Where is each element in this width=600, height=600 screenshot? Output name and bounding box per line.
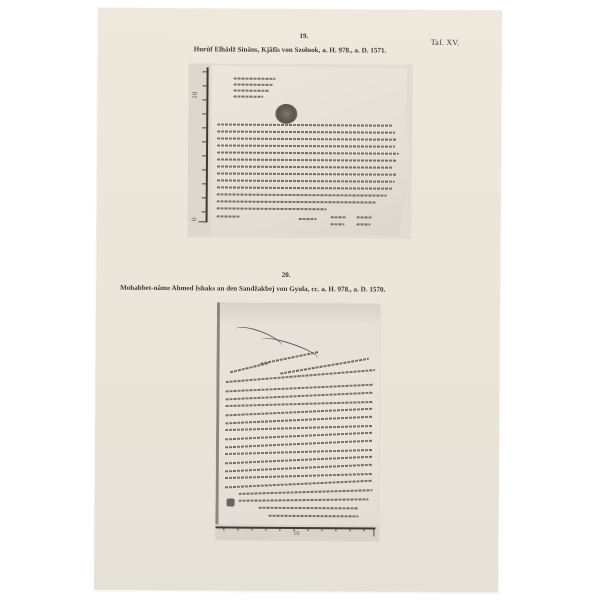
margin-mark — [227, 499, 235, 507]
figure-19-photo: 10 0 — [187, 63, 412, 239]
plate-label: Taf. XV. — [431, 38, 460, 47]
scanned-page-view: Taf. XV. 19. Hurûf Elhâdž Sinâns, Kjâfis… — [0, 0, 600, 600]
ruler-label-10: 10 — [293, 531, 299, 537]
seal-stamp — [275, 104, 297, 124]
figure-19-caption: Hurûf Elhâdž Sinâns, Kjâfis von Szolnok,… — [194, 45, 387, 54]
figure-20-number: 20. — [256, 271, 316, 279]
figure-19-number: 19. — [274, 32, 334, 40]
ruler-label-0: 0 — [190, 217, 198, 221]
horizontal-ruler: 10 — [215, 524, 379, 541]
mohabbet-name-letter-document — [215, 302, 380, 525]
plate-page: Taf. XV. 19. Hurûf Elhâdž Sinâns, Kjâfis… — [94, 8, 502, 593]
ottoman-letter-document — [210, 65, 411, 236]
figure-20-caption: Mohabbet-nâme Ahmed Ishaks an den Sandža… — [120, 284, 385, 294]
vertical-ruler: 10 0 — [187, 63, 210, 237]
figure-20-photo: 10 — [215, 302, 381, 541]
ruler-label-10: 10 — [191, 92, 199, 99]
